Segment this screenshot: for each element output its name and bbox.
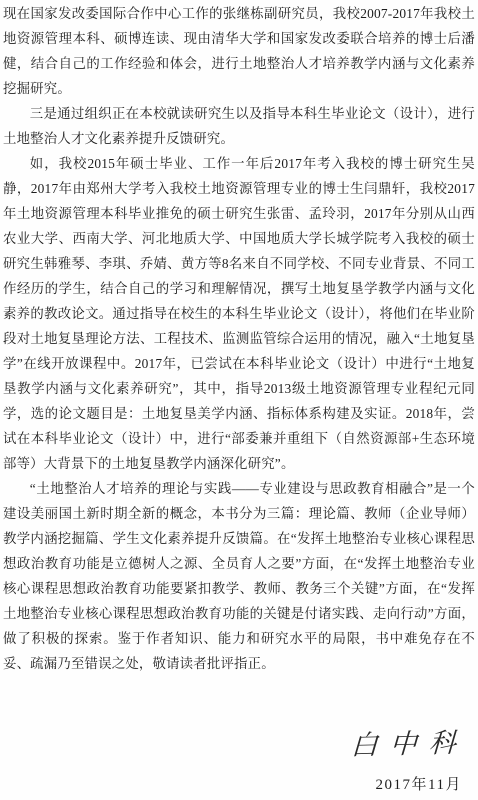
signature-date: 2017年11月 — [351, 773, 462, 794]
book-page: 现在国家发改委国际合作中心工作的张继栋副研究员，我校2007-2017年我校土地… — [0, 0, 478, 800]
signature-block: 白中科 2017年11月 — [351, 722, 462, 794]
paragraph: “土地整治人才培养的理论与实践——专业建设与思政教育相融合”是一个建设美丽国土新… — [3, 476, 475, 676]
paragraph: 三是通过组织正在本校就读研究生以及指导本科生毕业论文（设计），进行土地整治人才文… — [3, 101, 475, 151]
paragraph: 现在国家发改委国际合作中心工作的张继栋副研究员，我校2007-2017年我校土地… — [3, 1, 475, 101]
signature-name: 白中科 — [350, 720, 469, 762]
body-text: 现在国家发改委国际合作中心工作的张继栋副研究员，我校2007-2017年我校土地… — [3, 1, 475, 676]
paragraph: 如，我校2015年硕士毕业、工作一年后2017年考入我校的博士研究生吴静，201… — [3, 151, 475, 476]
